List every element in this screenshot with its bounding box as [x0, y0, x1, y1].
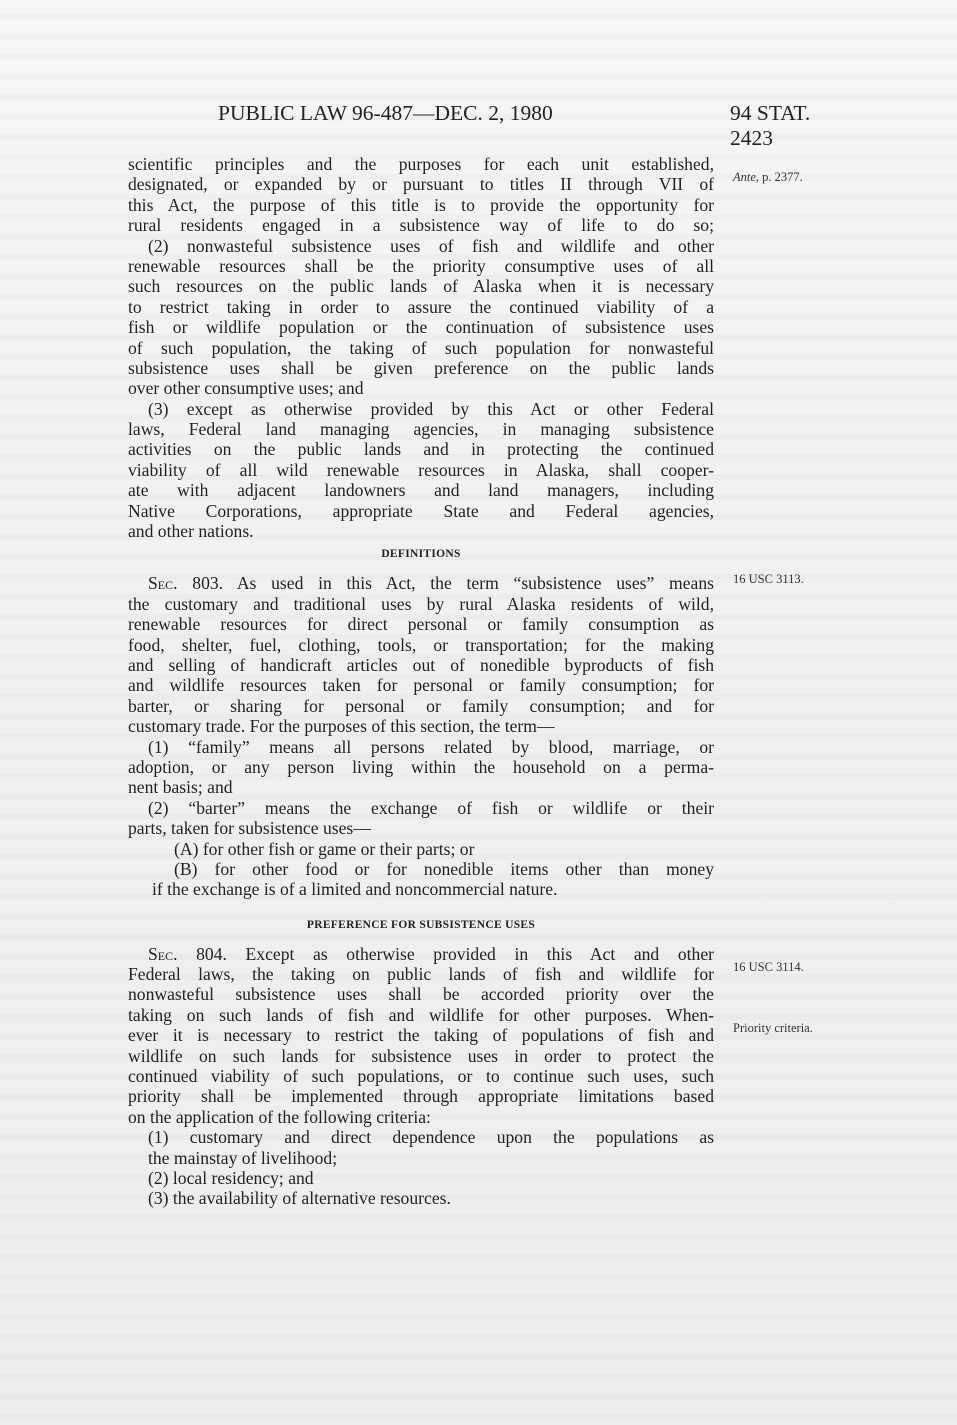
criterion-3: (3) the availability of alternative reso…: [128, 1188, 714, 1208]
margin-note-ante: Ante, p. 2377.: [733, 170, 803, 185]
heading-preference: PREFERENCE FOR SUBSISTENCE USES: [128, 914, 714, 934]
section-803: Sec. 803. As used in this Act, the term …: [128, 573, 714, 736]
margin-note-priority-criteria: Priority criteria.: [733, 1021, 813, 1036]
section-label: Sec: [148, 573, 173, 593]
margin-note-usc-3114: 16 USC 3114.: [733, 960, 804, 975]
barter-clause-a: (A) for other fish or game or their part…: [128, 839, 714, 859]
page-header: PUBLIC LAW 96-487—DEC. 2, 1980 94 STAT. …: [218, 101, 858, 129]
barter-clause-b: (B) for other food or for nonedible item…: [128, 859, 714, 879]
document-body: scientific principles and the purposes f…: [128, 154, 714, 1209]
statute-reference: 94 STAT. 2423: [730, 101, 858, 151]
law-title: PUBLIC LAW 96-487—DEC. 2, 1980: [218, 101, 553, 126]
heading-definitions: DEFINITIONS: [128, 543, 714, 563]
criterion-2: (2) local residency; and: [128, 1168, 714, 1188]
document-page: PUBLIC LAW 96-487—DEC. 2, 1980 94 STAT. …: [0, 0, 957, 1425]
section-804: Sec. 804. Except as otherwise provided i…: [128, 944, 714, 1128]
criterion-1: (1) customary and direct dependence upon…: [128, 1127, 714, 1147]
margin-note-usc-3113: 16 USC 3113.: [733, 572, 804, 587]
priority-criteria-list: (1) customary and direct dependence upon…: [128, 1127, 714, 1209]
paragraph-1-continued: scientific principles and the purposes f…: [128, 154, 714, 236]
paragraph-3: (3) except as otherwise provided by this…: [128, 399, 714, 542]
section-label: Sec: [148, 944, 173, 964]
definition-barter: (2) “barter” means the exchange of fish …: [128, 798, 714, 900]
definition-family: (1) “family” means all persons related b…: [128, 737, 714, 798]
paragraph-2: (2) nonwasteful subsistence uses of fish…: [128, 236, 714, 399]
